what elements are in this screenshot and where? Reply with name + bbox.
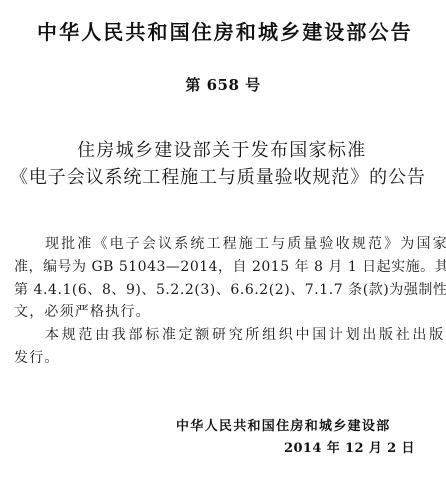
issuer-name: 中华人民共和国住房和城乡建设部 xyxy=(176,418,391,436)
subtitle-line-2: 《电子会议系统工程施工与质量验收规范》的公告 xyxy=(10,166,426,190)
body-text-line: 现批准《电子会议系统工程施工与质量验收规范》为国家标 xyxy=(45,233,446,255)
body-text-line: 发行。 xyxy=(14,347,60,369)
issue-date: 2014 年 12 月 2 日 xyxy=(284,440,415,458)
body-text-line: 文，必须严格执行。 xyxy=(14,301,151,323)
body-text-line: 第 4.4.1(6、8、9)、5.2.2(3)、6.6.2(2)、7.1.7 条… xyxy=(14,279,446,301)
document-title: 中华人民共和国住房和城乡建设部公告 xyxy=(37,19,415,45)
subtitle-line-1: 住房城乡建设部关于发布国家标准 xyxy=(77,139,367,163)
body-text-line: 本规范由我部标准定额研究所组织中国计划出版社出版 xyxy=(45,324,446,346)
notice-number: 第 658 号 xyxy=(0,74,446,96)
body-text-line: 准，编号为 GB 51043—2014，自 2015 年 8 月 1 日起实施。… xyxy=(14,256,446,278)
